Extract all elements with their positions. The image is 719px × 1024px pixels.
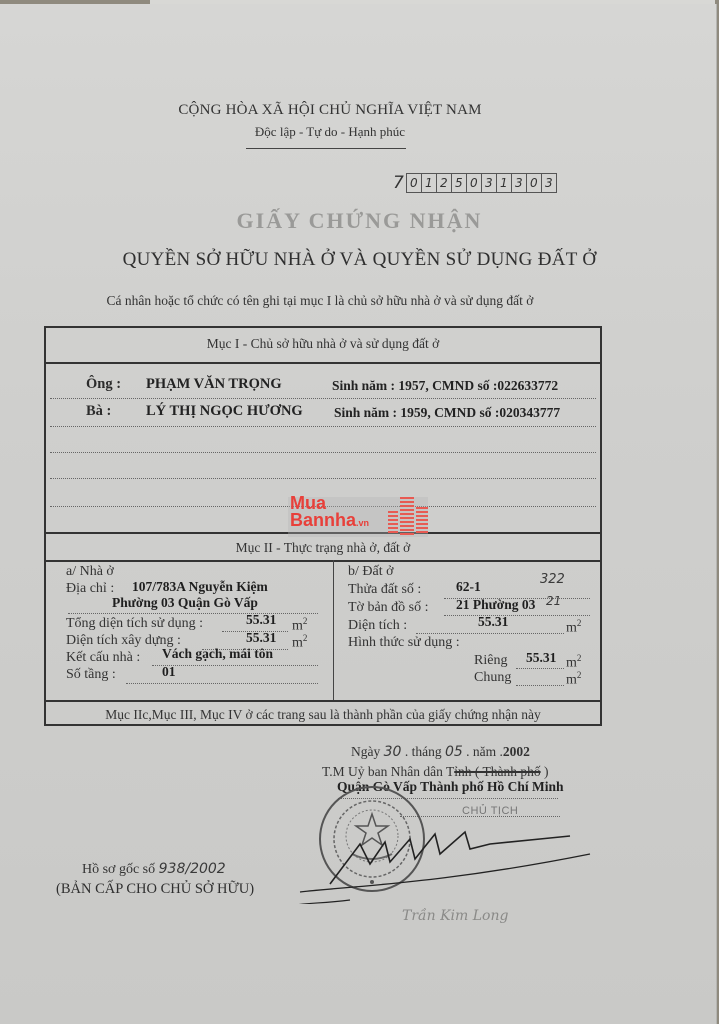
map-sheet-value: 21 Phường 03 [456,597,535,613]
land-area-unit: m2 [566,618,581,637]
certificate-page: CỘNG HÒA XÃ HỘI CHỦ NGHĨA VIỆT NAM Độc l… [0,4,716,1024]
serial-number: 7 0125031303 [393,173,557,193]
certificate-subtitle: QUYỀN SỞ HỮU NHÀ Ở VÀ QUYỀN SỬ DỤNG ĐẤT … [0,249,719,271]
watermark-text: Mua Bannha.vn [290,495,369,532]
divider [46,362,600,364]
shared-label: Chung [474,670,511,686]
private-value: 55.31 [526,650,556,666]
structure-label: Kết cấu nhà : [66,650,140,666]
section1-heading: Mục I - Chủ sở hữu nhà ở và sử dụng đất … [46,336,600,352]
built-area-unit: m2 [292,633,307,652]
owner2-info: Sinh năm : 1959, CMND số :020343777 [334,405,560,421]
owner2-label: Bà : [86,403,111,420]
owner1-name: PHẠM VĂN TRỌNG [146,376,282,393]
serial-digit: 0 [406,173,422,193]
address-line2: Phường 03 Quận Gò Vấp [112,595,258,611]
structure-value: Vách gạch, mái tôn [162,646,273,662]
serial-digit: 5 [451,173,467,193]
serial-digit: 3 [541,173,557,193]
handwritten-note-2: 21 [546,594,561,608]
land-area-value: 55.31 [478,614,508,630]
serial-digit: 3 [511,173,527,193]
parcel-value: 62-1 [456,579,481,595]
serial-digit: 2 [436,173,452,193]
serial-digit: 1 [496,173,512,193]
total-area-unit: m2 [292,616,307,635]
motto: Độc lập - Tự do - Hạnh phúc [0,124,660,140]
nation-heading: CỘNG HÒA XÃ HỘI CHỦ NGHĨA VIỆT NAM [0,102,660,119]
house-heading: a/ Nhà ở [66,564,114,580]
private-label: Riêng [474,653,507,669]
address-line1: 107/783A Nguyễn Kiệm [132,579,268,595]
built-area-value: 55.31 [246,630,276,646]
serial-digit: 0 [526,173,542,193]
certificate-intro: Cá nhân hoặc tổ chức có tên ghi tại mục … [0,293,640,309]
signer-name: Trần Kim Long [402,908,508,924]
owner2-name: LÝ THỊ NGỌC HƯƠNG [146,403,303,420]
issue-date: Ngày 30 . tháng 05 . năm .2002 [351,744,530,760]
address-label: Địa chỉ : [66,581,114,597]
serial-digit: 3 [481,173,497,193]
motto-underline [246,148,406,149]
serial-digit: 1 [421,173,437,193]
owner1-label: Ông : [86,376,121,393]
private-unit: m2 [566,653,581,672]
issue-year: 2002 [503,744,530,759]
usage-label: Hình thức sử dụng : [348,635,460,651]
dossier-number: Hồ sơ gốc số 938/2002 [82,861,226,878]
owner1-info: Sinh năm : 1957, CMND số :022633772 [332,378,558,394]
watermark-logo: Mua Bannha.vn [288,497,428,537]
section2-heading: Mục II - Thực trạng nhà ở, đất ở [46,540,600,556]
parcel-label: Thửa đất số : [348,582,421,598]
land-heading: b/ Đất ở [348,564,394,580]
map-sheet-label: Tờ bản đồ số : [348,600,429,616]
handwritten-note-1: 322 [540,572,565,587]
copy-note: (BẢN CẤP CHO CHỦ SỞ HỮU) [56,881,254,898]
total-area-value: 55.31 [246,612,276,628]
certificate-title: GIẤY CHỨNG NHẬN [0,208,719,234]
signature-icon [290,824,600,904]
serial-digit: 0 [466,173,482,193]
serial-prefix: 7 [393,173,404,193]
land-area-label: Diện tích : [348,618,407,634]
footer-note: Mục IIc,Mục III, Mục IV ở các trang sau … [46,707,600,723]
total-area-label: Tổng diện tích sử dụng : [66,616,203,632]
authority-line: T.M Uỷ ban Nhân dân Tỉnh ( Thành phố ) [322,764,548,780]
divider [46,700,600,702]
floors-label: Số tầng : [66,667,116,683]
divider [46,560,600,562]
issue-day: 30 [384,744,402,760]
column-divider [333,560,334,702]
shared-unit: m2 [566,670,581,689]
issue-month: 05 [445,744,463,760]
floors-value: 01 [162,664,176,680]
